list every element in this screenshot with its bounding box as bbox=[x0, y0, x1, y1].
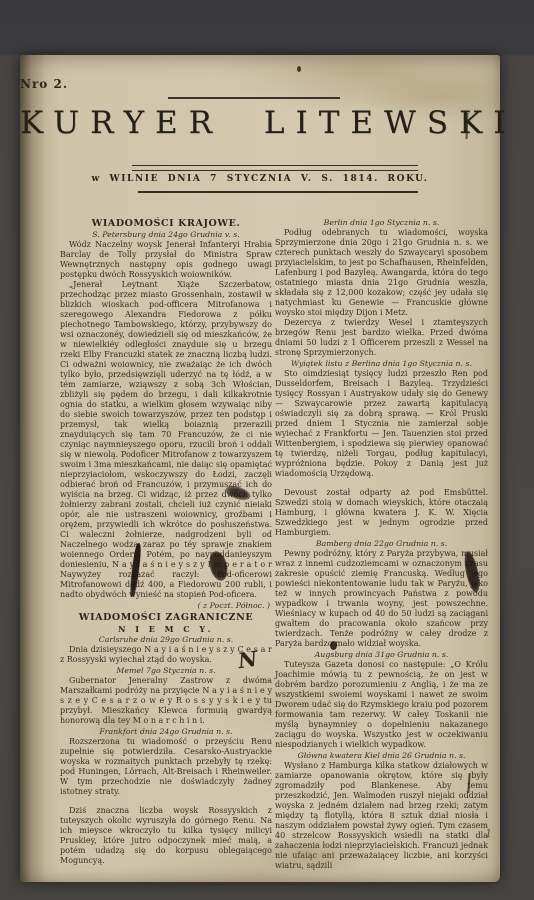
paragraph: Podług odebranych tu wiadomości, woyska … bbox=[275, 228, 488, 318]
paragraph: „Jenerał Leytnant Xiąże Szczerbatow, prz… bbox=[60, 280, 272, 600]
paragraph: Dezercya z twierdzy Wesel i ztamteyszych… bbox=[275, 318, 488, 358]
article-dateline: Wyiątek listu z Berlina dnia 1go Styczni… bbox=[275, 359, 488, 369]
page-number-mark: 1 bbox=[484, 826, 493, 840]
double-rule bbox=[132, 165, 418, 171]
country-heading: N I E M C Y. bbox=[60, 624, 272, 634]
rule-under-dateline bbox=[138, 191, 418, 193]
left-column: WIADOMOŚCI KRAJOWE.S. Petersburg dnia 24… bbox=[60, 217, 272, 866]
paragraph: Rozszerzona tu wiadomość o przeyściu Ren… bbox=[60, 737, 272, 797]
paragraph: Sto oimdziesiąt tysięcy ludzi przeszło R… bbox=[275, 369, 488, 479]
paragraph: Wódz Naczelny woysk Jenerał Infanteryi H… bbox=[60, 240, 272, 280]
handwritten-mark: N bbox=[236, 646, 258, 673]
ink-stain bbox=[297, 66, 301, 72]
right-column: Berlin dnia 1go Stycznia n. s.Podług ode… bbox=[275, 217, 488, 871]
section-heading: WIADOMOŚCI KRAJOWE. bbox=[60, 219, 272, 229]
publication-dateline: w WILNIE DNIA 7 STYCZNIA V. S. 1814. ROK… bbox=[20, 174, 500, 184]
article-dateline: Frankfort dnia 24go Grudnia n. s. bbox=[60, 727, 272, 737]
article-dateline: Carlsruhe dnia 29go Grudnia n. s. bbox=[60, 635, 272, 645]
article-dateline: Główna kwatera Kiel dnia 26 Grudnia n. s… bbox=[275, 751, 488, 761]
rule-under-issue bbox=[168, 97, 340, 99]
article-dateline: Bamberg dnia 22go Grudnia n. s. bbox=[275, 539, 488, 549]
issue-number: Nro 2. bbox=[20, 77, 500, 91]
paragraph: Tuteysza Gazeta donosi co następuie: „O … bbox=[275, 660, 488, 750]
newspaper-title: KURYER LITEWSKI bbox=[20, 105, 500, 141]
paragraph: Dziś znaczna liczba woysk Rossyyskich z … bbox=[60, 806, 272, 866]
article-dateline: S. Petersburg dnia 24go Grudnia v. s. bbox=[60, 230, 272, 240]
article-dateline: Augsburg dnia 31go Grudnia n. s. bbox=[275, 650, 488, 660]
newspaper-page: Nro 2. KURYER LITEWSKI w WILNIE DNIA 7 S… bbox=[20, 55, 500, 882]
paragraph: Wysłano z Hamburga kilka statkow działow… bbox=[275, 761, 488, 871]
scan-background: { "page": { "issue_label": "Nro 2.", "ti… bbox=[0, 0, 534, 900]
paragraph: Devoust został odparty aż pod Emsbüttel.… bbox=[275, 488, 488, 538]
paragraph: Pewny podróżny, który z Paryża przybywa,… bbox=[275, 549, 488, 649]
section-heading: WIADOMOŚCI ZAGRANICZNE bbox=[60, 613, 272, 623]
article-dateline: Berlin dnia 1go Stycznia n. s. bbox=[275, 218, 488, 228]
paragraph: Gubernator Jeneralny Zastrow z dwóma Mar… bbox=[60, 676, 272, 726]
source-credit: ( z Poczt. Północ. ) bbox=[60, 601, 270, 611]
